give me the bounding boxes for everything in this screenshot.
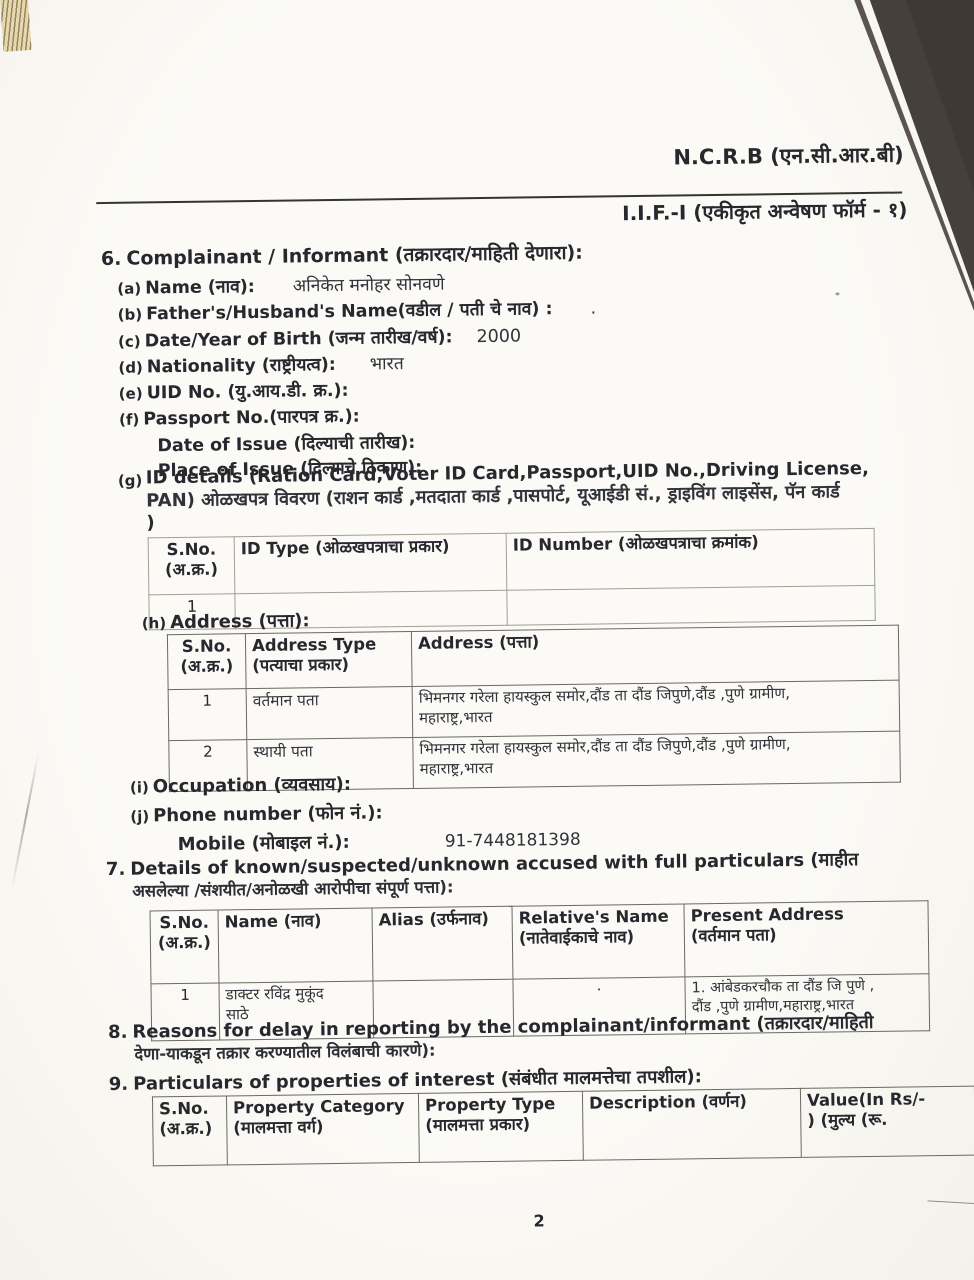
properties-table: S.No. (अ.क्र.) Property Category (मालमत्… bbox=[152, 1086, 974, 1167]
address-table-header-type: Address Type (पत्याचा प्रकार) bbox=[245, 631, 412, 688]
id-table-cell-number bbox=[507, 585, 875, 625]
field-dob-prefix: (c) bbox=[118, 332, 141, 350]
field-nationality-prefix: (d) bbox=[118, 358, 143, 376]
field-passport-prefix: (f) bbox=[119, 411, 139, 429]
section6-title: 6.Complainant / Informant (तक्रारदार/माह… bbox=[101, 234, 931, 271]
properties-header-sno: S.No. (अ.क्र.) bbox=[152, 1096, 227, 1166]
properties-header-category: Property Category (मालमत्ता वर्ग) bbox=[226, 1093, 419, 1165]
field-uid-prefix: (e) bbox=[119, 385, 143, 403]
properties-table-header-row: S.No. (अ.क्र.) Property Category (मालमत्… bbox=[152, 1086, 974, 1166]
field-father-prefix: (b) bbox=[118, 306, 143, 324]
field-address-label: Address (पत्ता): bbox=[170, 610, 310, 633]
section-complainant: 6.Complainant / Informant (तक्रारदार/माह… bbox=[101, 234, 934, 484]
accused-header-sno: S.No. (अ.क्र.) bbox=[150, 910, 219, 984]
section9-number: 9. bbox=[109, 1074, 129, 1095]
accused-header-name: Name (नाव) bbox=[218, 908, 373, 983]
field-phone: (j)Phone number (फोन नं.): bbox=[130, 800, 383, 827]
field-phone-label: Phone number (फोन नं.): bbox=[153, 802, 383, 826]
field-occupation-label: Occupation (व्यवसाय): bbox=[153, 774, 351, 798]
address-table-header-address: Address (पत्ता) bbox=[411, 625, 899, 686]
page-number: 2 bbox=[533, 1211, 544, 1230]
address-table: S.No. (अ.क्र.) Address Type (पत्याचा प्र… bbox=[167, 625, 901, 793]
section6-title-text: Complainant / Informant (तक्रारदार/माहित… bbox=[126, 242, 583, 270]
id-table-header-number: ID Number (ओळखपत्राचा क्रमांक) bbox=[506, 528, 875, 590]
field-name-label: Name (नाव): bbox=[145, 277, 255, 298]
address-row2-address: भिमनगर गरेला हायस्कुल समोर,दौंड ता दौंड … bbox=[413, 731, 901, 788]
field-father-label: Father's/Husband's Name(वडील / पती चे ना… bbox=[146, 299, 553, 324]
ink-speck bbox=[835, 292, 839, 295]
field-mobile-value: 91-7448181398 bbox=[445, 830, 581, 852]
table-edge-line bbox=[927, 1200, 974, 1204]
field-mobile-label: Mobile (मोबाइल नं.): bbox=[178, 832, 350, 855]
field-dob-label: Date/Year of Birth (जन्म तारीख/वर्ष): bbox=[145, 327, 453, 351]
id-table-header-type: ID Type (ओळखपत्राचा प्रकार) bbox=[234, 533, 507, 594]
field-occupation: (i)Occupation (व्यवसाय): bbox=[130, 772, 351, 799]
field-nationality-value: भारत bbox=[370, 354, 404, 374]
section8-number: 8. bbox=[108, 1022, 128, 1043]
accused-table-header-row: S.No. (अ.क्र.) Name (नाव) Alias (उर्फनाव… bbox=[150, 901, 929, 984]
form-header-ncrb: N.C.R.B (एन.सी.आर.बी) bbox=[554, 141, 904, 174]
field-name-prefix: (a) bbox=[117, 279, 141, 297]
section-accused: 7.Details of known/suspected/unknown acc… bbox=[106, 847, 947, 903]
id-table-header-sno: S.No. (अ.क्र.) bbox=[148, 537, 235, 595]
address-row1-sno: 1 bbox=[168, 689, 247, 741]
section6-number: 6. bbox=[101, 248, 122, 270]
field-phone-prefix: (j) bbox=[130, 807, 149, 825]
field-father-value: . bbox=[590, 299, 596, 319]
properties-header-value: Value(In Rs/- ) (मुल्य (रू. bbox=[800, 1086, 974, 1157]
document-sheet: N.C.R.B (एन.सी.आर.बी) I.I.F.-I (एकीकृत अ… bbox=[0, 0, 974, 1280]
id-table-header-row: S.No. (अ.क्र.) ID Type (ओळखपत्राचा प्रका… bbox=[148, 528, 875, 594]
field-id-details-prefix: (g) bbox=[118, 469, 143, 492]
field-occupation-prefix: (i) bbox=[130, 778, 149, 796]
field-nationality-label: Nationality (राष्ट्रीयत्व): bbox=[147, 355, 336, 377]
field-passport-label: Passport No.(पारपत्र क्र.): bbox=[143, 407, 360, 430]
section7-number: 7. bbox=[106, 859, 126, 880]
field-id-details: (g) ID details (Ration Card,Voter ID Car… bbox=[118, 457, 931, 535]
field-dob-value: 2000 bbox=[476, 326, 521, 347]
field-address: (h)Address (पत्ता): bbox=[142, 608, 310, 634]
address-table-header-sno: S.No. (अ.क्र.) bbox=[167, 634, 246, 690]
accused-header-relative: Relative's Name (नातेवाईकाचे नाव) bbox=[512, 904, 685, 979]
scanned-fir-page: N.C.R.B (एन.सी.आर.बी) I.I.F.-I (एकीकृत अ… bbox=[0, 0, 974, 1280]
properties-header-description: Description (वर्णन) bbox=[582, 1088, 801, 1160]
form-header-iif: I.I.F.-I (एकीकृत अन्वेषण फॉर्म - १) bbox=[539, 195, 907, 227]
address-row1-type: वर्तमान पता bbox=[246, 686, 413, 739]
field-uid-label: UID No. (यु.आय.डी. क्र.): bbox=[147, 381, 349, 404]
properties-header-type: Property Type (मालमत्ता प्रकार) bbox=[418, 1091, 583, 1162]
address-row1-address: भिमनगर गरेला हायस्कुल समोर,दौंड ता दौंड … bbox=[412, 680, 900, 737]
field-name-value: अनिकेत मनोहर सोनवणे bbox=[293, 275, 445, 297]
accused-header-address: Present Address (वर्तमान पता) bbox=[684, 901, 929, 977]
field-address-prefix: (h) bbox=[142, 614, 167, 632]
accused-header-alias: Alias (उर्फनाव) bbox=[372, 906, 513, 981]
address-table-header-row: S.No. (अ.क्र.) Address Type (पत्याचा प्र… bbox=[167, 625, 899, 690]
